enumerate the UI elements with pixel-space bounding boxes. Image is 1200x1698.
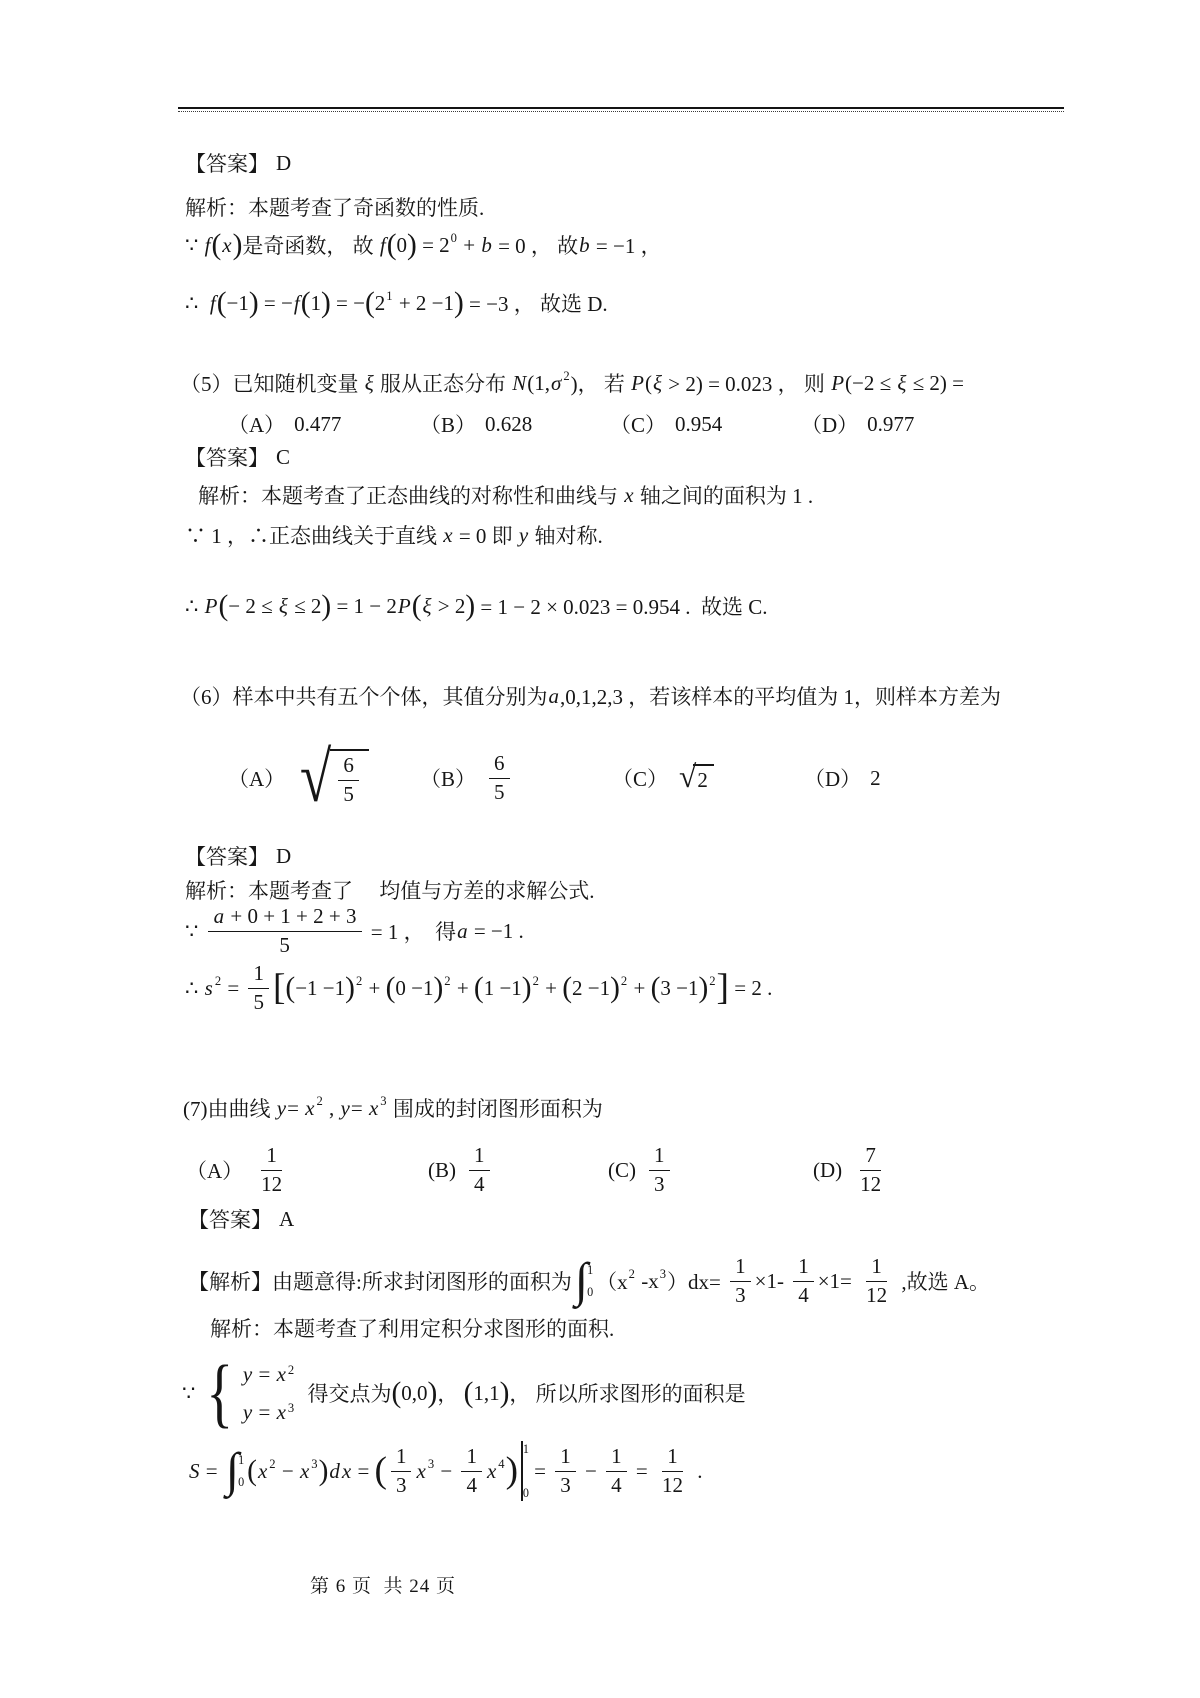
option-label: （C）: [612, 763, 668, 793]
q7-proof-step-2: S = ∫10(x2 − x3)dx = (13x3 − 14x4)10 = 1…: [188, 1438, 702, 1504]
header-rule: [178, 107, 1064, 112]
q6-option-a: （A）√65: [228, 740, 371, 816]
document-page: 【答案】D 解析：本题考查了奇函数的性质. ∵ f(x)是奇函数， 故 f(0)…: [0, 0, 1200, 1698]
q4-answer-value: D: [276, 151, 291, 176]
q5-option-b: （B）0.628: [420, 410, 532, 438]
q4-analysis: 解析：本题考查了奇函数的性质.: [185, 193, 484, 223]
q7-solution-line: 【解析】由题意得:所求封闭图形的面积为∫10（x2 -x3）dx= 13×1- …: [188, 1250, 990, 1312]
option-value: 0.977: [867, 412, 914, 437]
option-label: （D）: [804, 763, 861, 793]
option-value: 14: [465, 1144, 494, 1196]
option-value: 0.477: [294, 412, 341, 437]
q7-option-b: (B)14: [428, 1142, 494, 1198]
q4-answer-line: 【答案】D: [185, 150, 291, 176]
q4-proof-step-1: ∵ f(x)是奇函数， 故 f(0) = 20 + b = 0 ， 故b = −…: [185, 222, 662, 268]
q5-proof-step-1: ∵ 1 ，∴正态曲线关于直线 x = 0 即 y 轴对称.: [185, 518, 603, 552]
option-label: （D）: [801, 409, 858, 439]
q5-answer-value: C: [276, 445, 290, 470]
q7-question-stem: (7)由曲线 y= x2 , y= x3 围成的封闭图形面积为: [183, 1092, 603, 1124]
q5-option-a: （A）0.477: [228, 410, 341, 438]
option-label: （A）: [228, 763, 285, 793]
option-value: 112: [252, 1144, 291, 1196]
q5-answer-label: 【答案】: [185, 442, 269, 472]
q6-question-stem: （6）样本中共有五个个体，其值分别为a,0,1,2,3 ，若该样本的平均值为 1…: [180, 680, 1001, 712]
q6-proof-step-1: ∵ a + 0 + 1 + 2 + 35 = 1 ， 得a = −1 .: [185, 903, 524, 959]
option-value: 13: [645, 1144, 674, 1196]
q7-option-c: (C)13: [608, 1142, 674, 1198]
option-label: （C）: [610, 409, 666, 439]
q7-answer-line: 【答案】A: [188, 1206, 294, 1232]
q6-answer-value: D: [276, 844, 291, 869]
q7-answer-value: A: [279, 1207, 294, 1232]
option-value: 65: [485, 752, 514, 804]
option-label: (C): [608, 1158, 636, 1183]
option-label: （A）: [228, 409, 285, 439]
q5-question-stem: （5）已知随机变量 ξ 服从正态分布 N(1,σ2)， 若 P(ξ > 2) =…: [180, 366, 964, 400]
option-value: 0.954: [675, 412, 722, 437]
q7-analysis: 解析：本题考查了利用定积分求图形的面积.: [210, 1314, 614, 1344]
q7-proof-step-1: ∵ {y = x2y = x3 得交点为(0,0)， (1,1)， 所以所求图形…: [182, 1352, 746, 1434]
q7-option-d: (D)712: [813, 1142, 890, 1198]
q4-answer-label: 【答案】: [185, 148, 269, 178]
option-value: √2: [677, 764, 716, 793]
page-footer: 第 6 页 共 24 页: [310, 1572, 456, 1602]
q4-proof-step-2: ∴ f(−1) = −f(1) = −(21 + 2 −1) = −3 ， 故选…: [185, 280, 608, 326]
q5-proof-step-2: ∴ P(− 2 ≤ ξ ≤ 2) = 1 − 2P(ξ > 2) = 1 − 2…: [185, 584, 768, 628]
q6-answer-label: 【答案】: [185, 841, 269, 871]
q6-option-d: （D）2: [804, 740, 881, 816]
q7-answer-label: 【答案】: [188, 1204, 272, 1234]
q6-analysis: 解析：本题考查了 均值与方差的求解公式.: [185, 876, 595, 906]
option-value: 712: [851, 1144, 890, 1196]
q7-option-a: （A）112: [186, 1142, 291, 1198]
option-label: （B）: [420, 409, 476, 439]
q5-answer-line: 【答案】C: [185, 444, 290, 470]
q5-option-c: （C）0.954: [610, 410, 722, 438]
option-value: 2: [870, 766, 881, 791]
option-label: (B): [428, 1158, 456, 1183]
q5-option-d: （D）0.977: [801, 410, 914, 438]
q6-option-b: （B）65: [420, 740, 514, 816]
option-label: (D): [813, 1158, 842, 1183]
option-value: 0.628: [485, 412, 532, 437]
option-value: √65: [294, 749, 371, 806]
q5-analysis: 解析：本题考查了正态曲线的对称性和曲线与 x 轴之间的面积为 1 .: [198, 480, 813, 510]
q6-proof-step-2: ∴ s2 = 15[(−1 −1)2 + (0 −1)2 + (1 −1)2 +…: [185, 960, 772, 1016]
option-label: （B）: [420, 763, 476, 793]
option-label: （A）: [186, 1155, 243, 1185]
q6-answer-line: 【答案】D: [185, 843, 291, 869]
q6-option-c: （C）√2: [612, 740, 716, 816]
